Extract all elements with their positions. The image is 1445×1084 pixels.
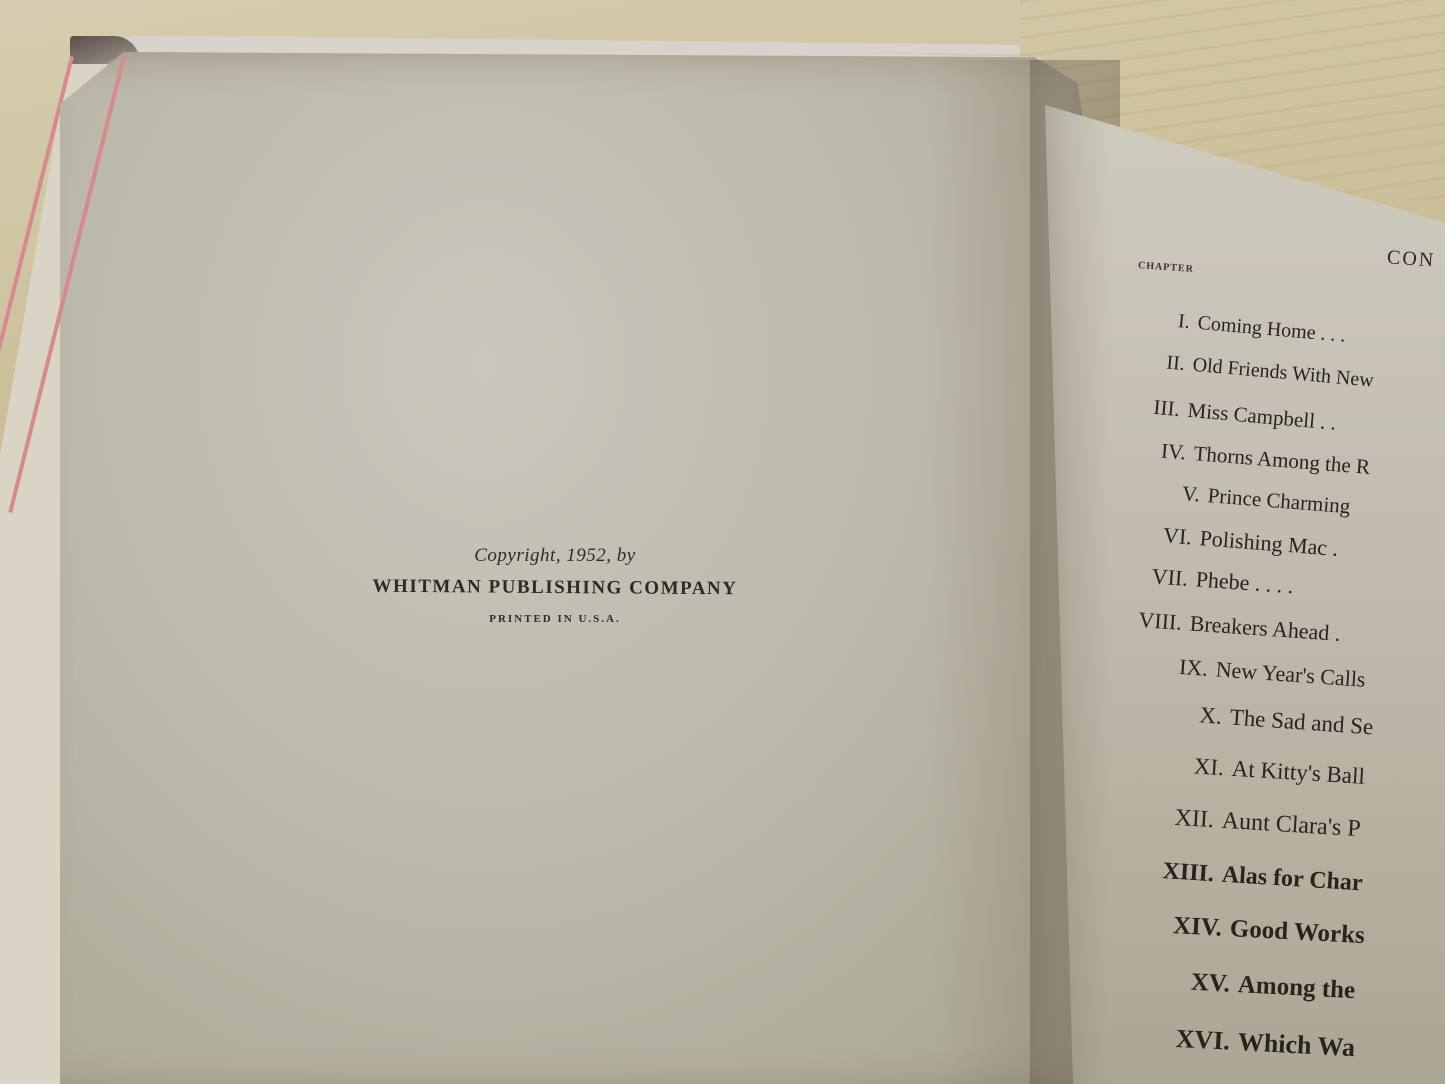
chapter-title: Which Wa [1237,1027,1356,1062]
chapter-number: XIV. [1151,911,1222,943]
chapter-title: Among the [1237,971,1356,1004]
chapter-number: XV. [1159,967,1230,999]
chapter-number: XIII. [1143,857,1215,888]
printed-in: PRINTED IN U.S.A. [330,613,780,625]
publisher-name: WHITMAN PUBLISHING COMPANY [330,575,780,600]
chapter-number: X. [1151,699,1223,730]
copyright-block: Copyright, 1952, by WHITMAN PUBLISHING C… [330,545,780,625]
chapter-number: VI. [1121,519,1193,550]
copyright-line: Copyright, 1952, by [330,545,780,567]
contents-heading: CON [1386,246,1436,272]
chapter-title: Good Works [1229,915,1365,949]
chapter-number: VII. [1117,561,1189,592]
chapter-number: VIII. [1111,605,1183,636]
chapter-number: IX. [1137,651,1209,682]
book-gutter [1030,60,1110,1084]
chapter-number: XI. [1153,751,1224,781]
chapter-number: XII. [1143,803,1215,834]
chapter-number: XVI. [1159,1023,1230,1057]
